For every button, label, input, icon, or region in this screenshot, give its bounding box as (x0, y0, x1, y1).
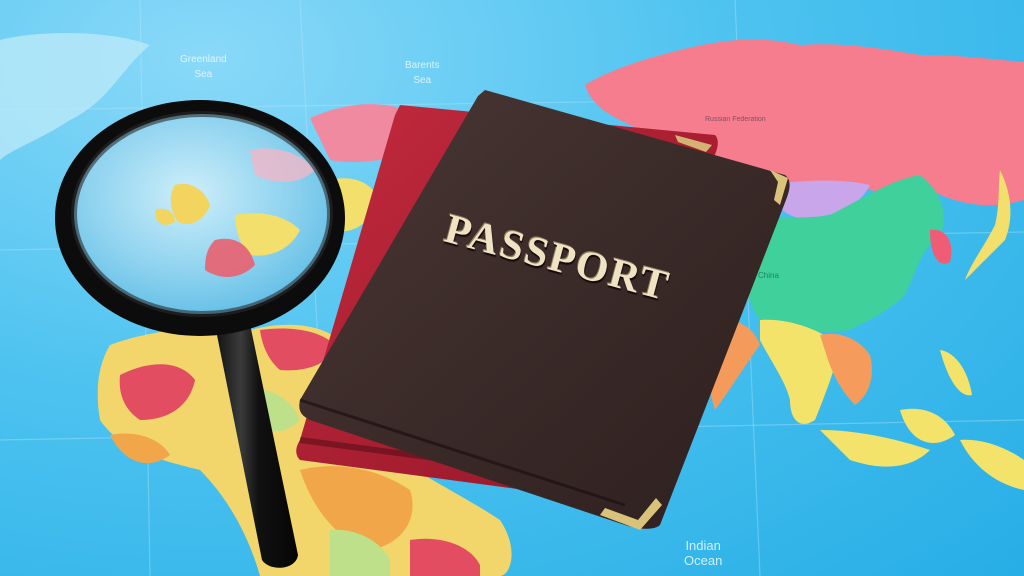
magnifying-glass (55, 100, 345, 568)
objects (0, 0, 1024, 576)
photo-scene: Greenland Sea Barents Sea Indian Ocean C… (0, 0, 1024, 576)
